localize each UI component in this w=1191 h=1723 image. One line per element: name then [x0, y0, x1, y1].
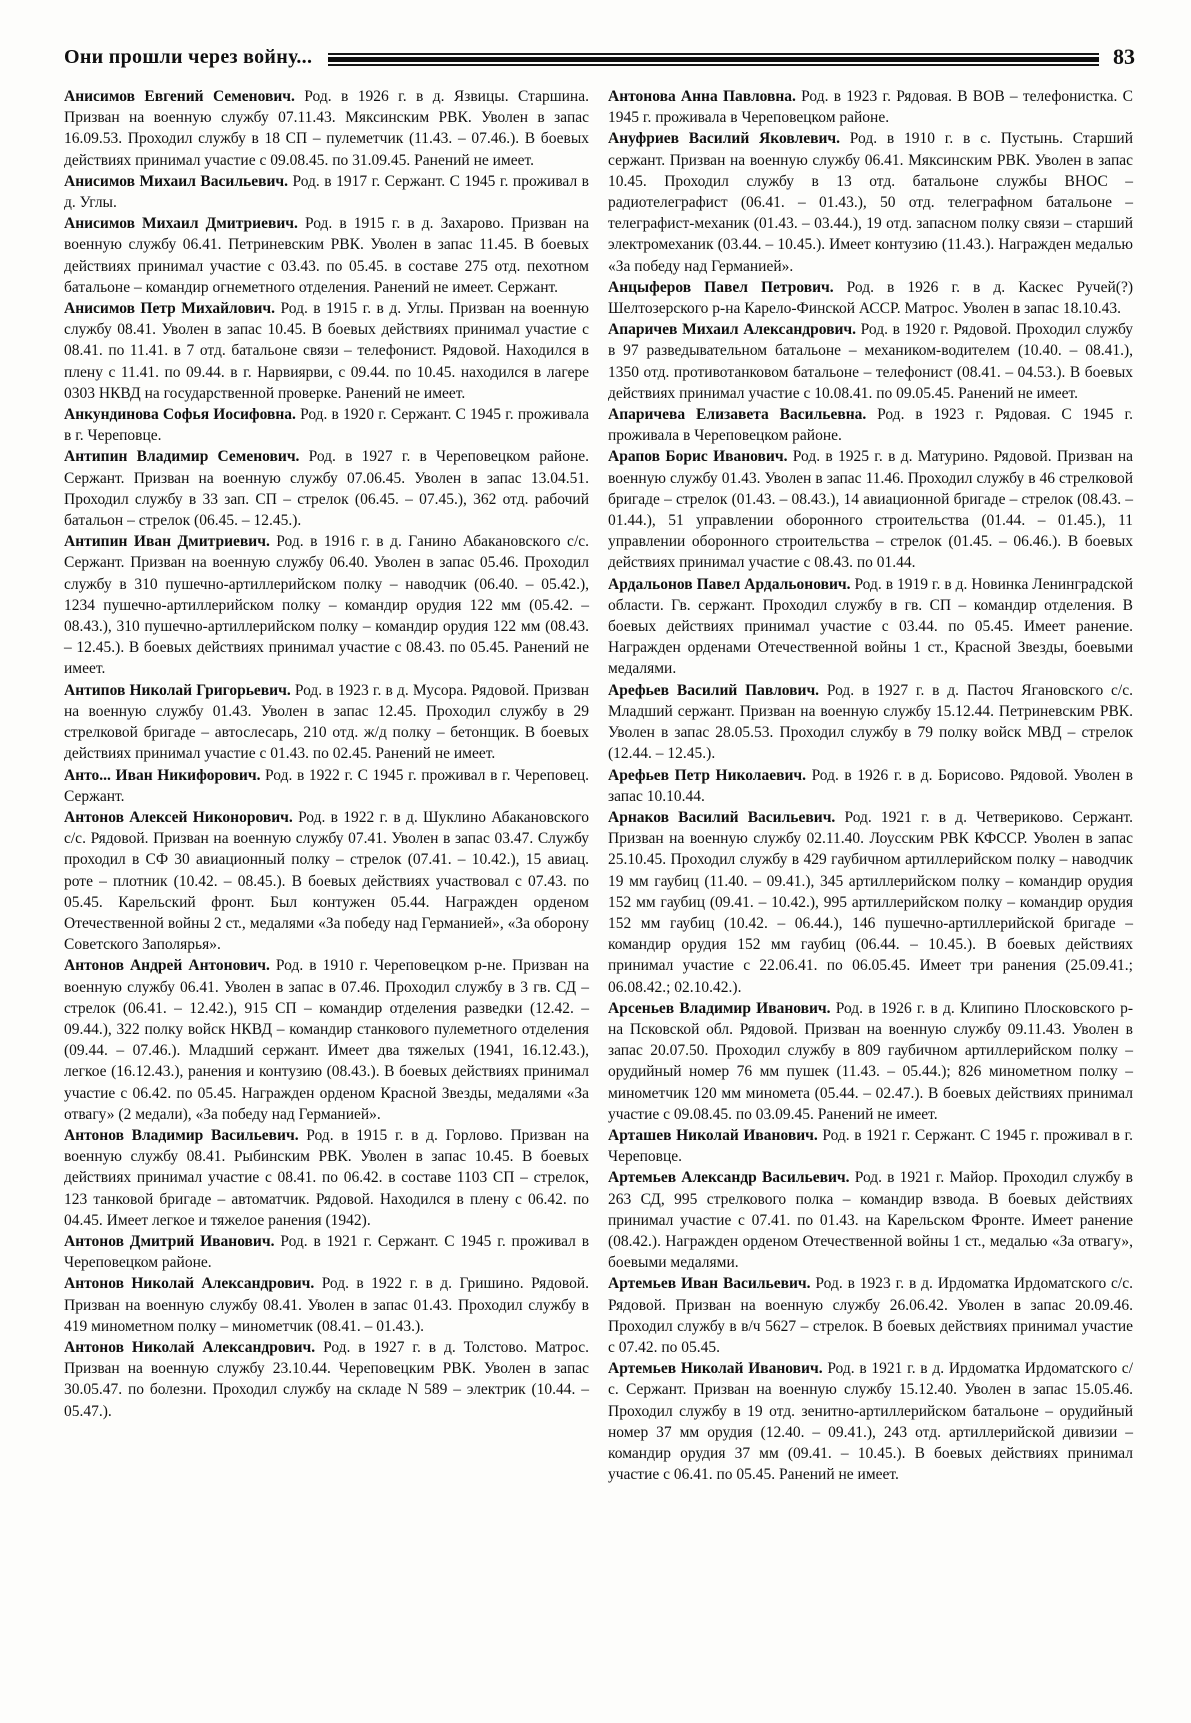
veteran-entry: Анто... Иван Никифорович. Род. в 1922 г.…: [64, 765, 589, 807]
veteran-name: Анисимов Михаил Дмитриевич.: [64, 215, 298, 232]
veteran-name: Артемьев Николай Иванович.: [608, 1360, 823, 1377]
veteran-entry: Анкундинова Софья Иосифовна. Род. в 1920…: [64, 404, 589, 446]
left-column: Анисимов Евгений Семенович. Род. в 1926 …: [64, 86, 589, 1485]
veteran-entry: Антипов Николай Григорьевич. Род. в 1923…: [64, 680, 589, 765]
rule-line-middle: [328, 57, 1099, 62]
veteran-name: Арапов Борис Иванович.: [608, 448, 787, 465]
veteran-name: Антипин Владимир Семенович.: [64, 448, 299, 465]
veteran-name: Ардальонов Павел Ардальонович.: [608, 576, 851, 593]
veteran-entry: Арапов Борис Иванович. Род. в 1925 г. в …: [608, 446, 1133, 573]
veteran-entry: Анцыферов Павел Петрович. Род. в 1926 г.…: [608, 277, 1133, 319]
veteran-name: Апаричева Елизавета Васильевна.: [608, 406, 866, 423]
veteran-name: Арсеньев Владимир Иванович.: [608, 1000, 831, 1017]
veteran-name: Анцыферов Павел Петрович.: [608, 279, 834, 296]
veteran-name: Арташев Николай Иванович.: [608, 1127, 818, 1144]
veteran-entry: Арсеньев Владимир Иванович. Род. в 1926 …: [608, 998, 1133, 1125]
veteran-name: Антонов Владимир Васильевич.: [64, 1127, 299, 1144]
running-title: Они прошли через войну...: [64, 46, 312, 69]
veteran-entry: Антонов Николай Александрович. Род. в 19…: [64, 1337, 589, 1422]
veteran-entry: Арнаков Василий Васильевич. Род. 1921 г.…: [608, 807, 1133, 998]
veteran-name: Арефьев Василий Павлович.: [608, 682, 819, 699]
veteran-name: Антонов Алексей Никонорович.: [64, 809, 293, 826]
veteran-entry: Антонов Андрей Антонович. Род. в 1910 г.…: [64, 955, 589, 1125]
header-rule: [328, 53, 1099, 66]
veteran-entry: Антипин Владимир Семенович. Род. в 1927 …: [64, 446, 589, 531]
veteran-name: Анто... Иван Никифорович.: [64, 767, 260, 784]
veteran-entry: Арефьев Петр Николаевич. Род. в 1926 г. …: [608, 765, 1133, 807]
veteran-name: Антонов Николай Александрович.: [64, 1339, 315, 1356]
veteran-entry: Антипин Иван Дмитриевич. Род. в 1916 г. …: [64, 531, 589, 679]
veteran-name: Анкундинова Софья Иосифовна.: [64, 406, 296, 423]
page-number: 83: [1113, 44, 1135, 70]
veteran-entry: Апаричев Михаил Александрович. Род. в 19…: [608, 319, 1133, 404]
right-column: Антонова Анна Павловна. Род. в 1923 г. Р…: [608, 86, 1133, 1485]
veteran-entry: Ануфриев Василий Яковлевич. Род. в 1910 …: [608, 128, 1133, 276]
veteran-name: Артемьев Александр Васильевич.: [608, 1169, 850, 1186]
veteran-name: Анисимов Евгений Семенович.: [64, 88, 295, 105]
veteran-entry: Анисимов Михаил Васильевич. Род. в 1917 …: [64, 171, 589, 213]
veteran-name: Антонова Анна Павловна.: [608, 88, 796, 105]
veteran-entry: Анисимов Евгений Семенович. Род. в 1926 …: [64, 86, 589, 171]
text-columns: Анисимов Евгений Семенович. Род. в 1926 …: [0, 70, 1191, 1485]
veteran-entry: Анисимов Михаил Дмитриевич. Род. в 1915 …: [64, 213, 589, 298]
veteran-name: Антонов Дмитрий Иванович.: [64, 1233, 274, 1250]
veteran-entry: Анисимов Петр Михайлович. Род. в 1915 г.…: [64, 298, 589, 404]
veteran-entry: Апаричева Елизавета Васильевна. Род. в 1…: [608, 404, 1133, 446]
veteran-entry: Ардальонов Павел Ардальонович. Род. в 19…: [608, 574, 1133, 680]
veteran-entry: Антонова Анна Павловна. Род. в 1923 г. Р…: [608, 86, 1133, 128]
veteran-name: Антонов Николай Александрович.: [64, 1275, 314, 1292]
book-page: Они прошли через войну... 83 Анисимов Ев…: [0, 0, 1191, 1723]
veteran-entry: Артемьев Александр Васильевич. Род. в 19…: [608, 1167, 1133, 1273]
veteran-name: Антипин Иван Дмитриевич.: [64, 533, 270, 550]
rule-line-top: [328, 53, 1099, 55]
veteran-name: Анисимов Петр Михайлович.: [64, 300, 275, 317]
veteran-entry: Артемьев Николай Иванович. Род. в 1921 г…: [608, 1358, 1133, 1485]
page-header: Они прошли через войну... 83: [0, 0, 1191, 70]
rule-line-bottom: [328, 64, 1099, 66]
veteran-name: Ануфриев Василий Яковлевич.: [608, 130, 840, 147]
veteran-name: Артемьев Иван Васильевич.: [608, 1275, 811, 1292]
veteran-entry: Антонов Владимир Васильевич. Род. в 1915…: [64, 1125, 589, 1231]
veteran-entry: Антонов Алексей Никонорович. Род. в 1922…: [64, 807, 589, 955]
veteran-name: Арефьев Петр Николаевич.: [608, 767, 806, 784]
veteran-name: Апаричев Михаил Александрович.: [608, 321, 856, 338]
veteran-name: Антипов Николай Григорьевич.: [64, 682, 291, 699]
veteran-name: Арнаков Василий Васильевич.: [608, 809, 835, 826]
veteran-name: Анисимов Михаил Васильевич.: [64, 173, 288, 190]
veteran-entry: Антонов Николай Александрович. Род. в 19…: [64, 1273, 589, 1337]
veteran-entry: Артемьев Иван Васильевич. Род. в 1923 г.…: [608, 1273, 1133, 1358]
veteran-entry: Антонов Дмитрий Иванович. Род. в 1921 г.…: [64, 1231, 589, 1273]
veteran-entry: Арефьев Василий Павлович. Род. в 1927 г.…: [608, 680, 1133, 765]
veteran-entry: Арташев Николай Иванович. Род. в 1921 г.…: [608, 1125, 1133, 1167]
veteran-name: Антонов Андрей Антонович.: [64, 957, 270, 974]
